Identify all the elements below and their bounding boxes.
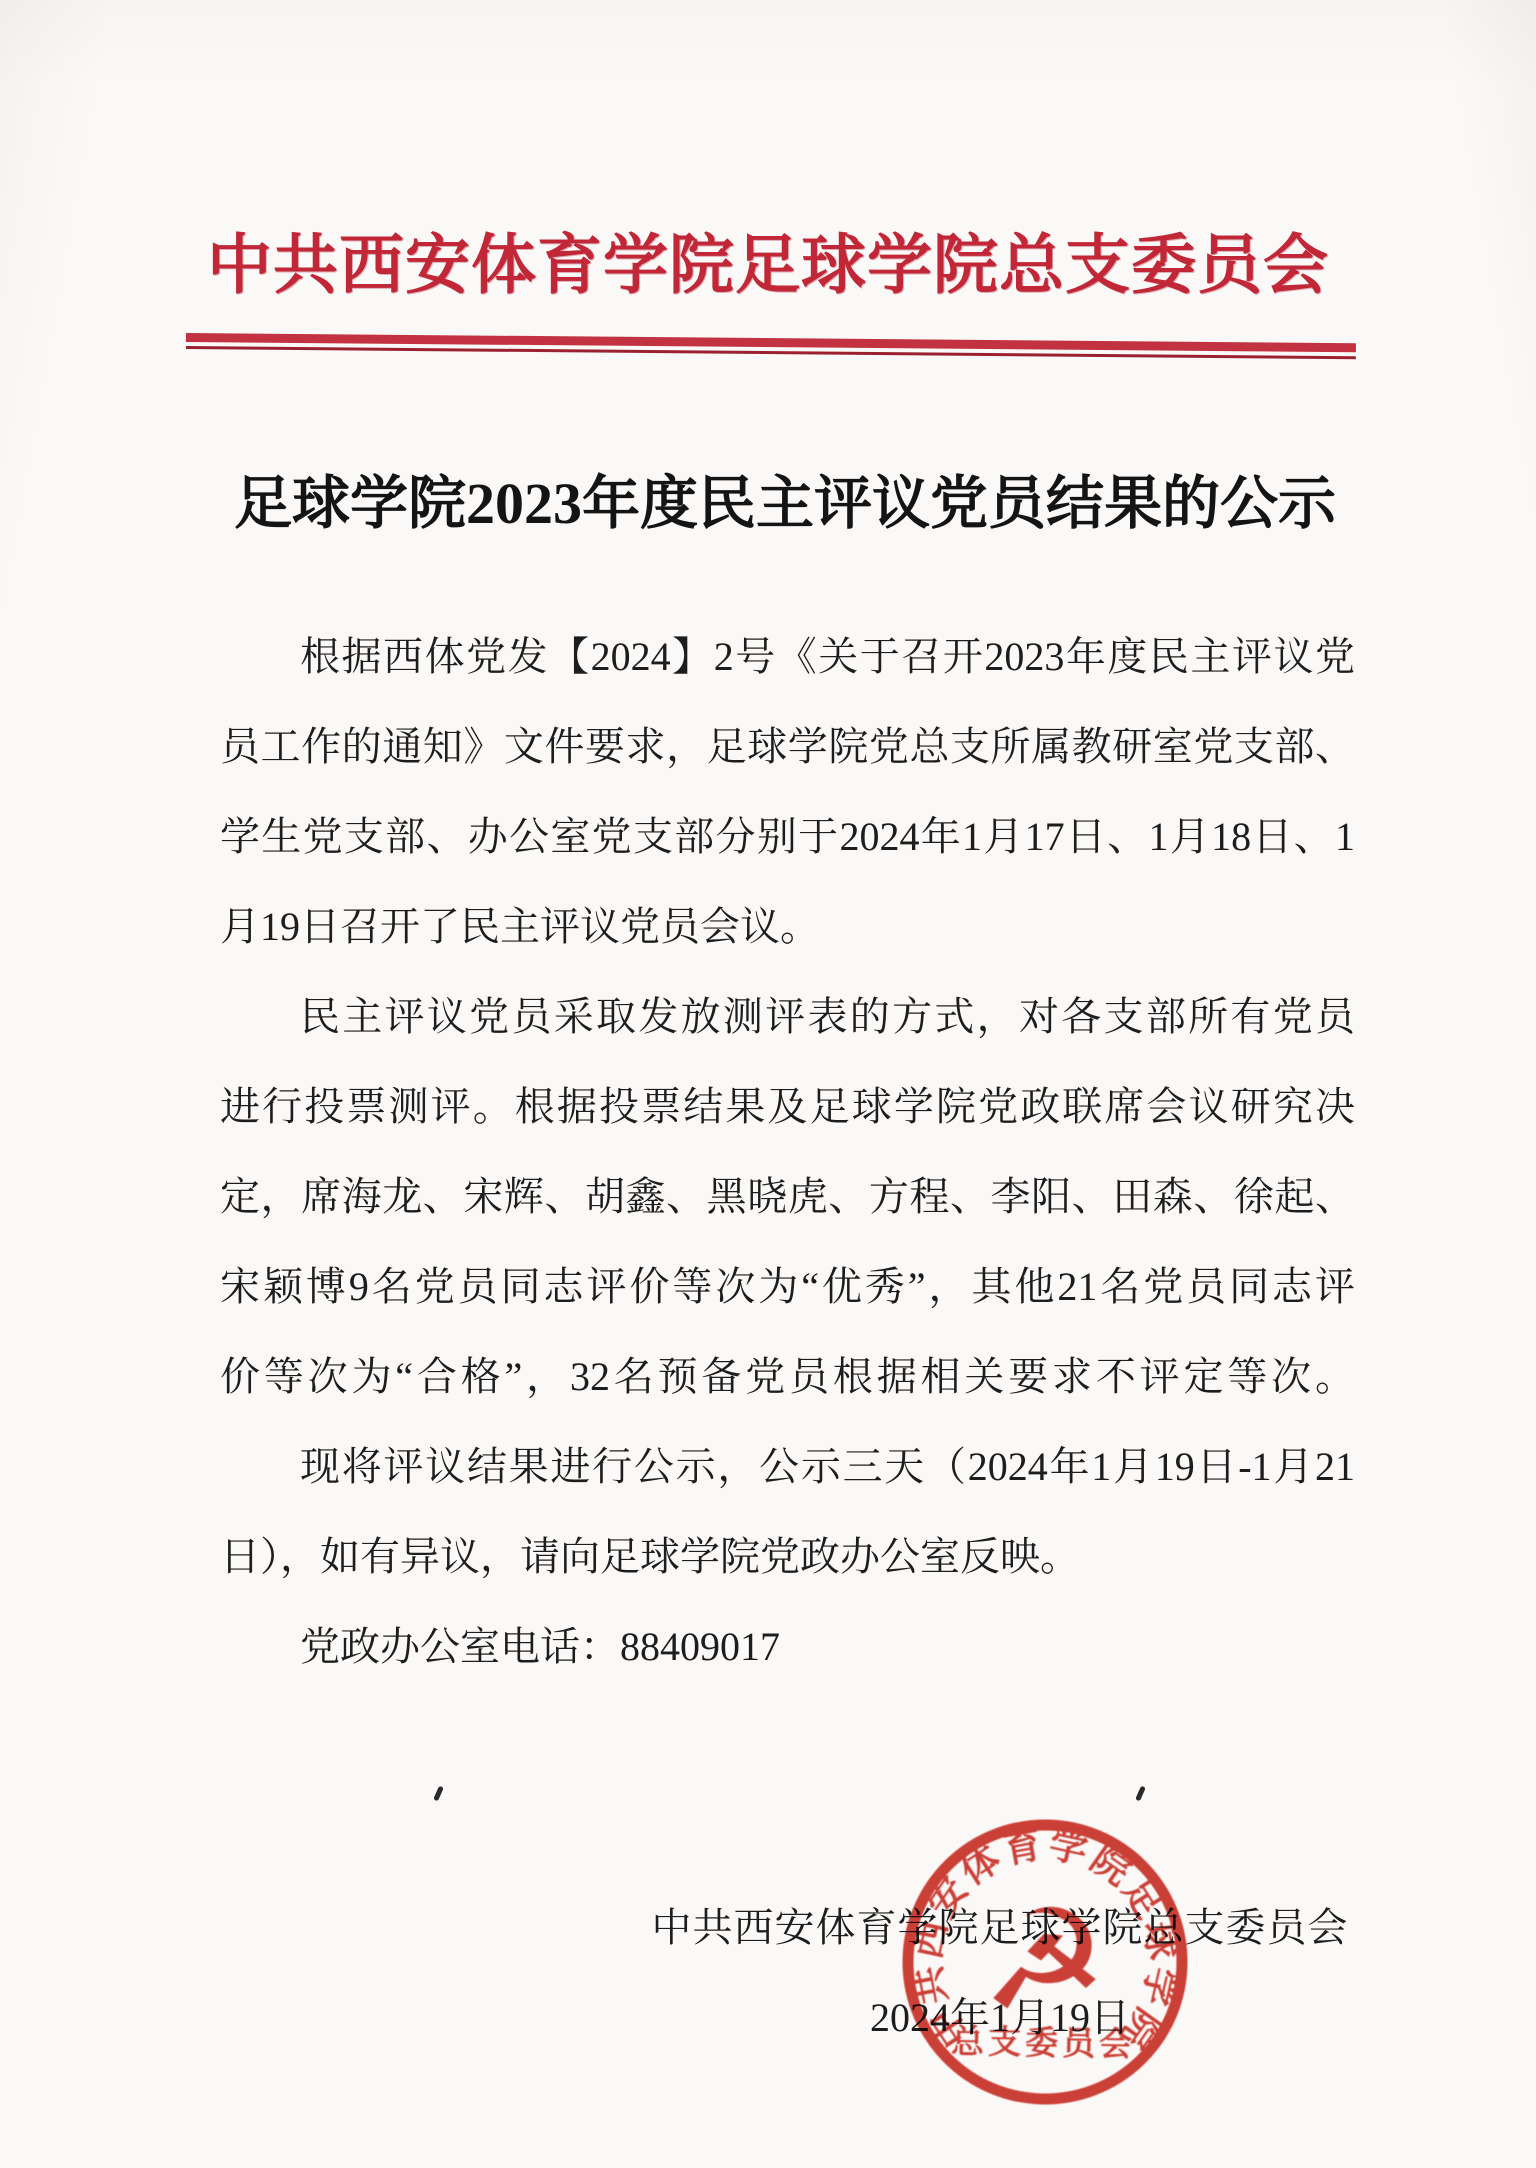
body-line: 进行投票测评。根据投票结果及足球学院党政联席会议研究决 [220,1062,1355,1152]
body-line: 现将评议结果进行公示，公示三天（2024年1月19日-1月21 [220,1422,1355,1512]
body-line: 定，席海龙、宋辉、胡鑫、黑晓虎、方程、李阳、田森、徐起、 [220,1152,1355,1242]
letterhead-title: 中共西安体育学院足球学院总支委员会 [0,212,1536,306]
body-line: 宋颖博9名党员同志评价等次为“优秀”，其他21名党员同志评 [220,1242,1355,1332]
body-text: 根据西体党发【2024】2号《关于召开2023年度民主评议党员工作的通知》文件要… [220,612,1355,1692]
letterhead-divider [186,333,1356,359]
body-line: 月19日召开了民主评议党员会议。 [220,882,1355,972]
body-line: 价等次为“合格”，32名预备党员根据相关要求不评定等次。 [220,1332,1355,1422]
body-line: 根据西体党发【2024】2号《关于召开2023年度民主评议党 [220,612,1355,702]
official-seal: 中共西安体育学院足球学院 ☭ 总支委员会 [889,1806,1200,2117]
official-seal-svg: 中共西安体育学院足球学院 ☭ 总支委员会 [889,1806,1200,2117]
body-line: 党政办公室电话：88409017 [220,1602,1355,1692]
seal-bottom-text: 总支委员会 [951,2023,1137,2063]
hammer-and-sickle-icon: ☭ [981,1879,1109,2044]
ink-speck-right [1135,1786,1146,1802]
body-line: 民主评议党员采取发放测评表的方式，对各支部所有党员 [220,972,1355,1062]
body-line: 学生党支部、办公室党支部分别于2024年1月17日、1月18日、1 [220,792,1355,882]
ink-speck-left [433,1786,444,1802]
document-title: 足球学院2023年度民主评议党员结果的公示 [200,456,1370,540]
body-line: 日），如有异议，请向足球学院党政办公室反映。 [220,1512,1355,1602]
scanned-notice-page: 中共西安体育学院足球学院总支委员会 足球学院2023年度民主评议党员结果的公示 … [0,0,1536,2168]
body-line: 员工作的通知》文件要求，足球学院党总支所属教研室党支部、 [220,702,1355,792]
